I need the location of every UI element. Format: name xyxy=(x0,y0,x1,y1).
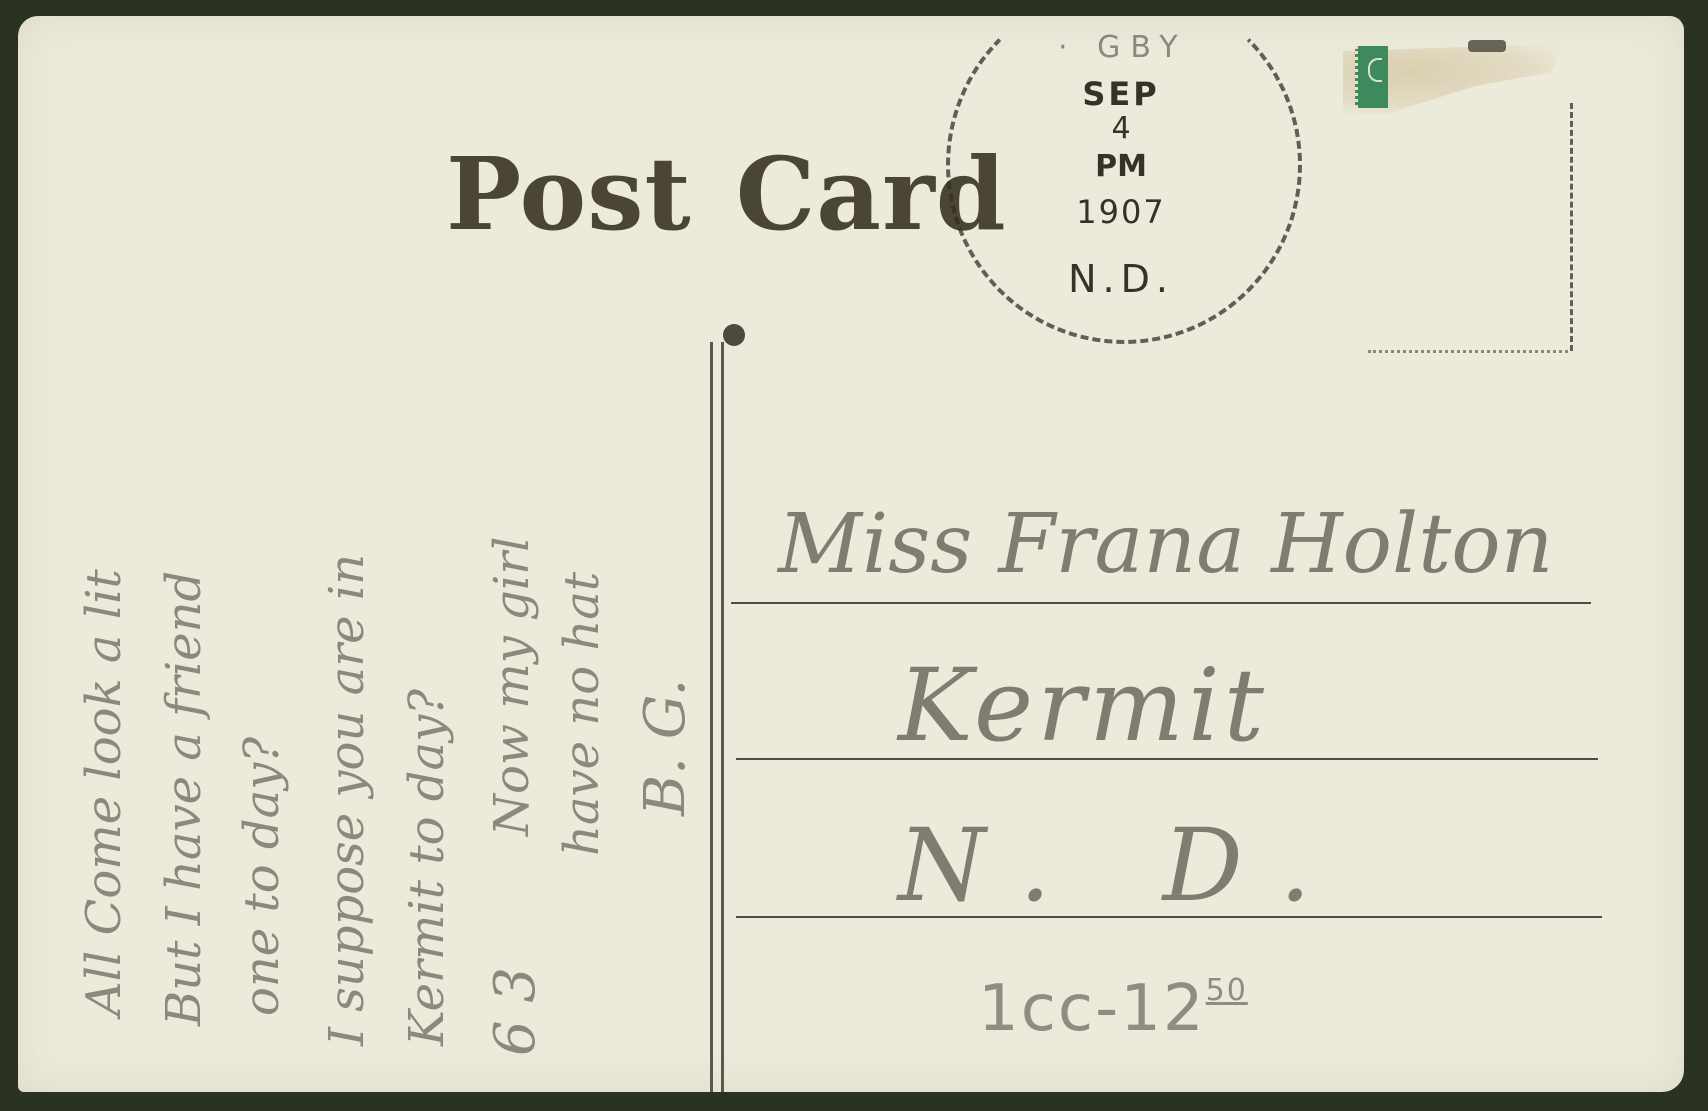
stamp-fragment-icon xyxy=(1355,46,1388,108)
stamp-box-border-bottom xyxy=(1368,350,1568,353)
message-numbers: 6 3 xyxy=(488,967,544,1056)
heading-word-post: Post xyxy=(446,135,692,253)
postmark-state: N.D. xyxy=(1021,260,1221,298)
pencil-note-cents: 50 xyxy=(1206,973,1248,1008)
message-line-2: But I have a friend xyxy=(160,571,208,1026)
message-line-6: Now my girl xyxy=(488,536,536,836)
message-line-4: I suppose you are in xyxy=(323,554,371,1046)
message-line-3: one to day? xyxy=(238,737,286,1016)
pencil-price-note: 1cc-1250 xyxy=(978,976,1248,1041)
postmark-month: SEP xyxy=(1021,78,1221,110)
divider-dot xyxy=(723,324,745,346)
post-card-heading: PostCard xyxy=(446,144,1007,244)
postmark-town: · GBY xyxy=(1058,30,1188,65)
address-city: Kermit xyxy=(898,656,1268,756)
message-line-7: have no hat xyxy=(558,572,606,856)
pencil-note-main: 1cc-12 xyxy=(978,972,1206,1046)
divider-line-right xyxy=(721,342,724,1092)
stamp-ink-smudge xyxy=(1468,40,1506,52)
message-line-1: All Come look a lit xyxy=(80,569,128,1016)
address-name: Miss Frana Holton xyxy=(778,504,1553,586)
divider-line-left xyxy=(710,342,713,1092)
message-line-5: Kermit to day? xyxy=(403,689,451,1046)
address-state: N. D. xyxy=(898,816,1351,916)
postcard-back: PostCard · GBY SEP 4 PM 1907 N.D. Miss F… xyxy=(18,16,1684,1092)
postmark-year: 1907 xyxy=(1021,196,1221,228)
stamp-box-border xyxy=(1570,103,1576,351)
postmark-meridiem: PM xyxy=(1021,152,1221,182)
postmark-day: 4 xyxy=(1021,114,1221,144)
message-signature: B. G. xyxy=(638,679,694,816)
address-line-1 xyxy=(731,602,1591,604)
